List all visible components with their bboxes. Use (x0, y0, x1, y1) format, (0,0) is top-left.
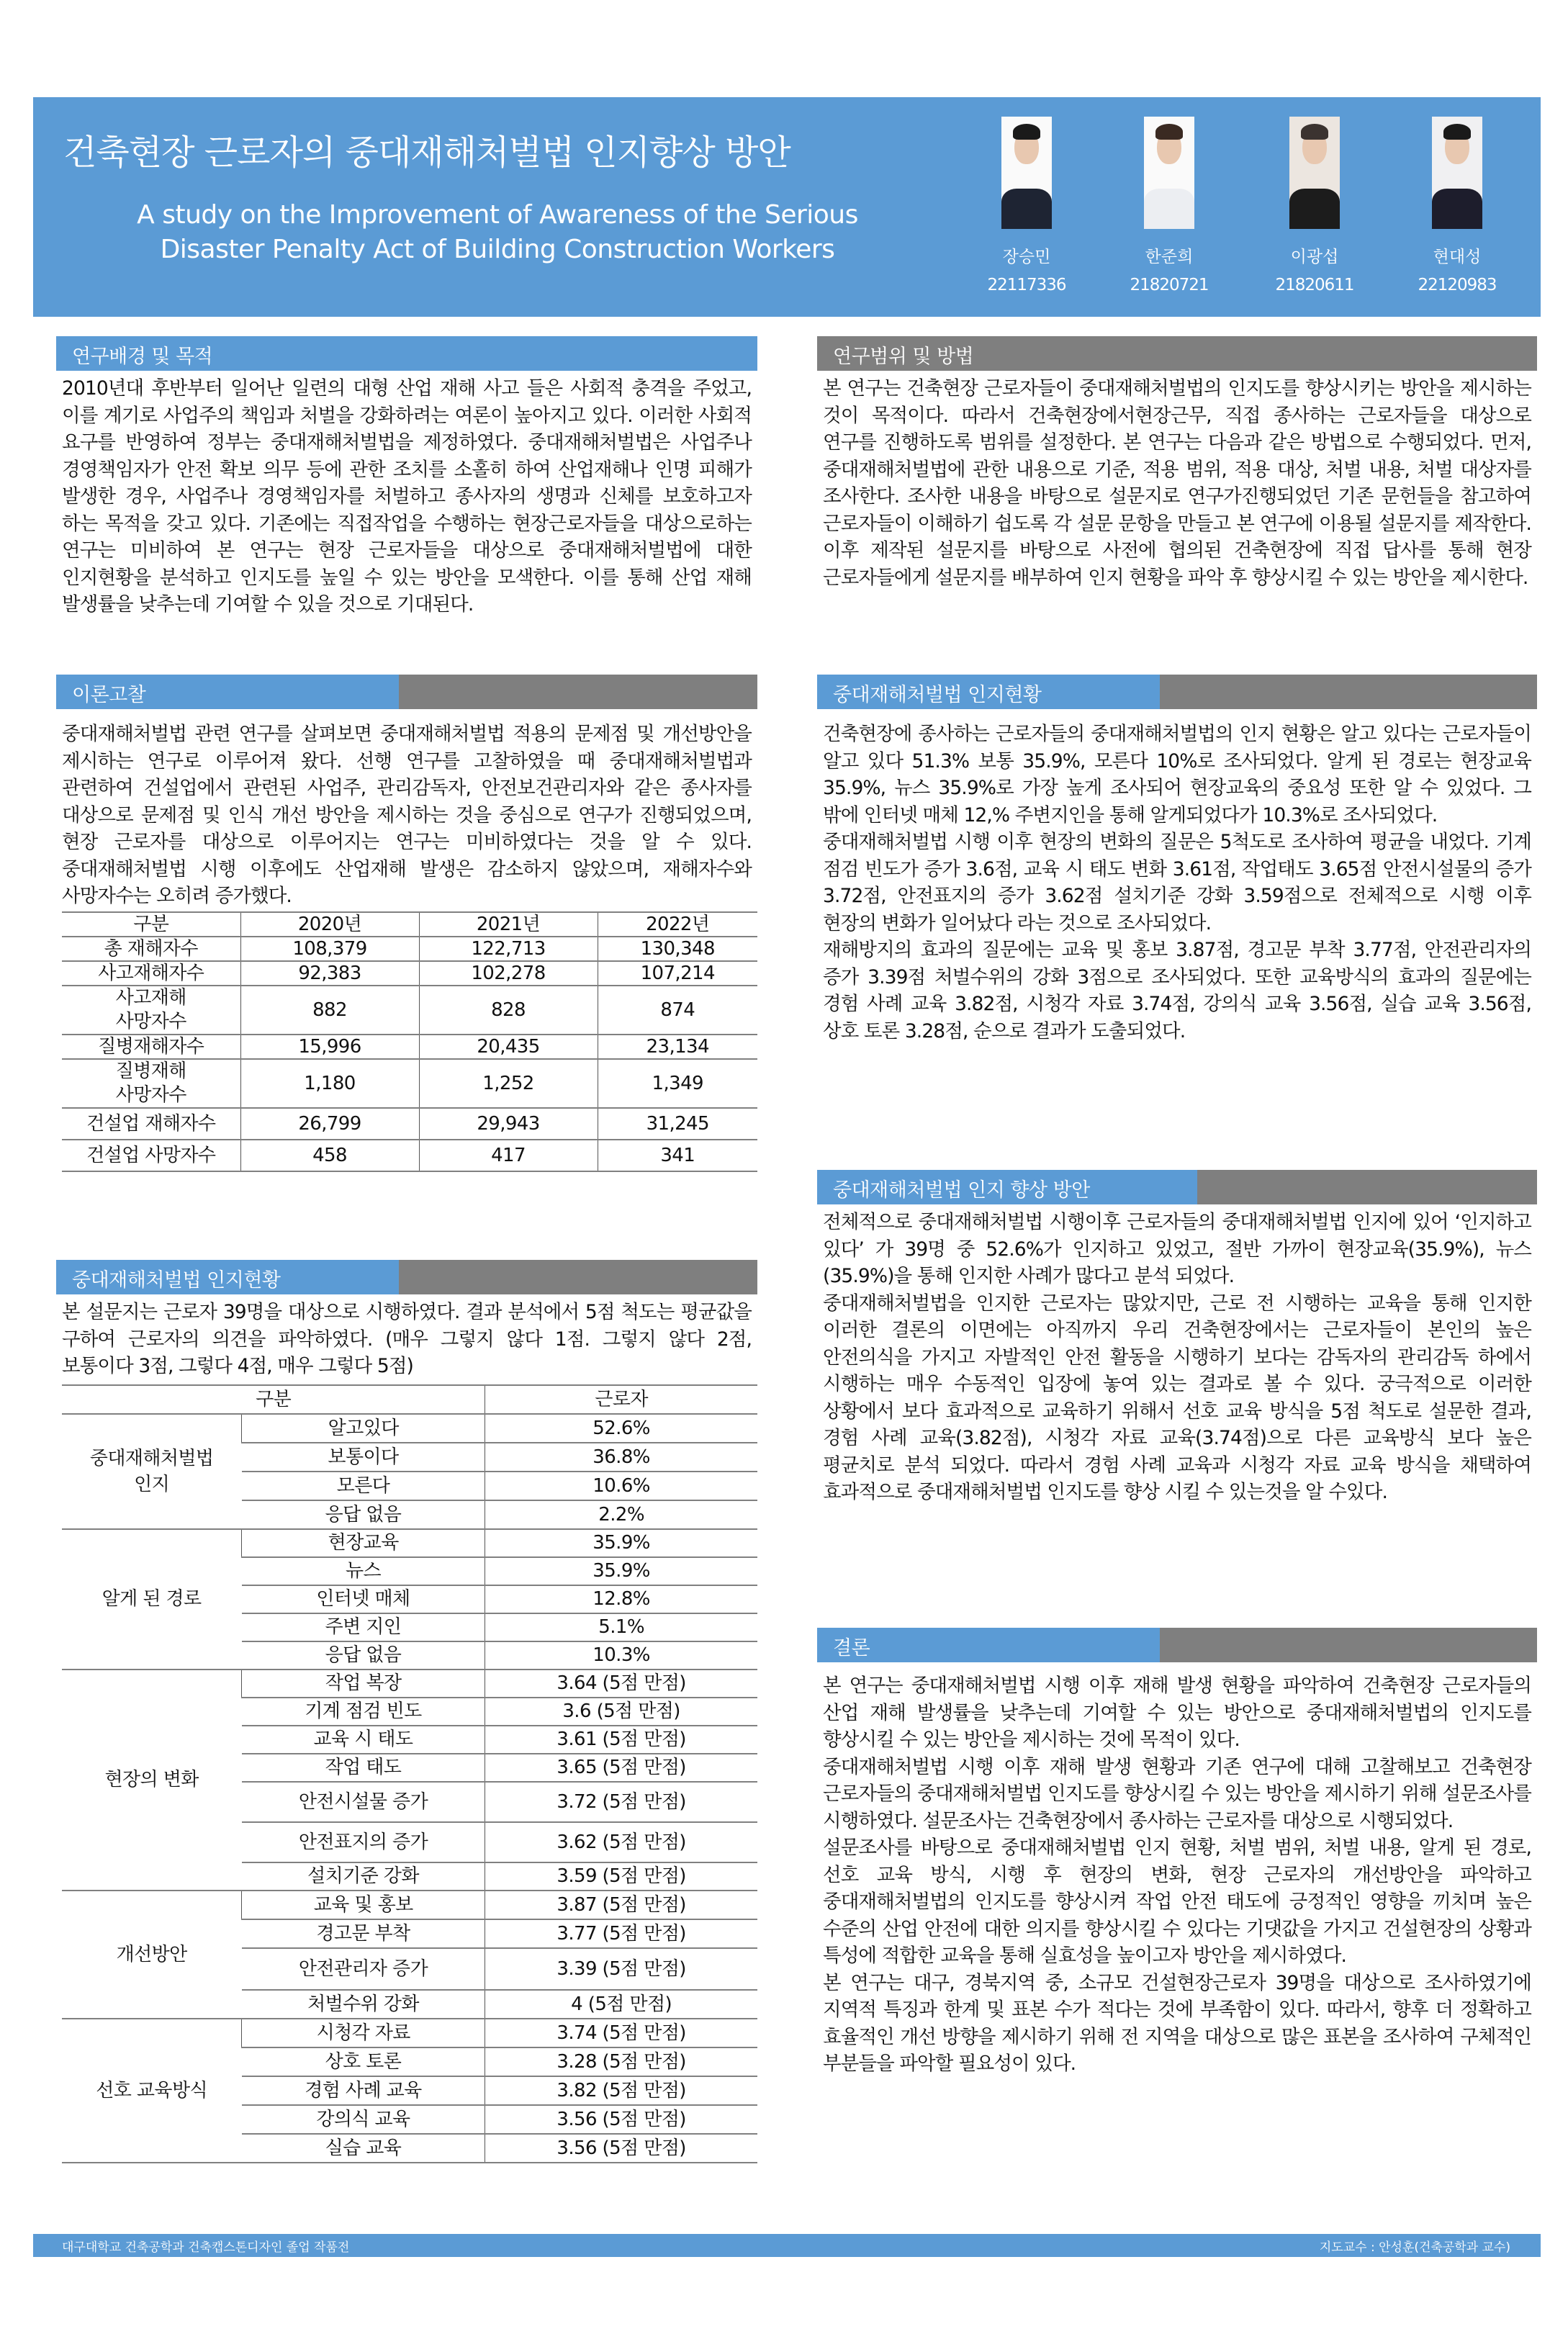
item-value: 2.2% (485, 1500, 757, 1529)
table-row: 사고재해 사망자수 882 828 874 (62, 986, 757, 1035)
item-value: 3.62 (5점 만점) (485, 1822, 757, 1862)
item-label: 경험 사례 교육 (242, 2076, 485, 2105)
item-label: 인터넷 매체 (242, 1585, 485, 1613)
section-header: 이론고찰 (56, 675, 757, 709)
section-body: 2010년대 후반부터 일어난 일련의 대형 산업 재해 사고 들은 사회적 충… (56, 371, 757, 618)
table-row: 중대재해처벌법 인지 알고있다 52.6% (62, 1414, 757, 1443)
table-header-cell: 2020년 (240, 912, 419, 937)
item-value: 3.56 (5점 만점) (485, 2105, 757, 2134)
paragraph: 본 설문지는 근로자 39명을 대상으로 시행하였다. 결과 분석에서 5점 척… (62, 1299, 752, 1380)
item-label: 경고문 부착 (242, 1919, 485, 1948)
cell-value: 458 (240, 1140, 419, 1171)
section-body: 본 연구는 중대재해처벌법 시행 이후 재해 발생 현황을 파악하여 건축현장 … (817, 1662, 1537, 2078)
member-student-id: 21820721 (1126, 276, 1212, 294)
paragraph: 전체적으로 중대재해처벌법 시행이후 근로자들의 중대재해처벌법 인지에 있어 … (823, 1209, 1531, 1290)
paragraph: 본 연구는 건축현장 근로자들이 중대재해처벌법의 인지도를 향상시키는 방안을… (823, 375, 1531, 591)
item-label: 시청각 자료 (242, 2019, 485, 2047)
item-value: 10.3% (485, 1641, 757, 1670)
item-value: 3.59 (5점 만점) (485, 1862, 757, 1891)
cell-value: 31,245 (598, 1108, 757, 1140)
row-label: 사고재해자수 (62, 961, 240, 986)
member-card: 이광섭 21820611 (1271, 117, 1358, 294)
poster-title-english: A study on the Improvement of Awareness … (76, 198, 919, 267)
item-value: 12.8% (485, 1585, 757, 1613)
paragraph: 재해방지의 효과의 질문에는 교육 및 홍보 3.87점, 경고문 부착 3.7… (823, 937, 1531, 1045)
section-body: 본 설문지는 근로자 39명을 대상으로 시행하였다. 결과 분석에서 5점 척… (56, 1294, 757, 1380)
section-title: 중대재해처벌법 인지현황 (833, 679, 1041, 707)
item-label: 응답 없음 (242, 1641, 485, 1670)
table-header-row: 구분 2020년 2021년 2022년 (62, 912, 757, 937)
table-header-cell: 구분 (62, 1385, 485, 1414)
member-name: 장승민 (983, 243, 1070, 267)
poster-title-korean: 건축현장 근로자의 중대재해처벌법 인지향상 방안 (63, 125, 790, 174)
member-photo (1144, 117, 1194, 229)
section-header: 연구배경 및 목적 (56, 336, 757, 371)
table-row: 건설업 재해자수 26,799 29,943 31,245 (62, 1108, 757, 1140)
disaster-stats-table: 구분 2020년 2021년 2022년 총 재해자수 108,379 122,… (62, 911, 757, 1172)
cell-value: 23,134 (598, 1035, 757, 1059)
cell-value: 20,435 (419, 1035, 598, 1059)
member-photo (1289, 117, 1340, 229)
section-header: 중대재해처벌법 인지현황 (56, 1260, 757, 1294)
group-category: 알게 된 경로 (62, 1529, 242, 1670)
group-category: 선호 교육방식 (62, 2019, 242, 2163)
cell-value: 130,348 (598, 937, 757, 961)
item-label: 모른다 (242, 1472, 485, 1500)
section-body: 중대재해처벌법 관련 연구를 살펴보면 중대재해처벌법 적용의 문제점 및 개선… (56, 709, 757, 910)
item-label: 교육 및 홍보 (242, 1891, 485, 1919)
item-label: 작업 태도 (242, 1754, 485, 1782)
cell-value: 122,713 (419, 937, 598, 961)
table-row: 질병재해자수 15,996 20,435 23,134 (62, 1035, 757, 1059)
section-header: 중대재해처벌법 인지 향상 방안 (817, 1170, 1537, 1204)
table-row: 선호 교육방식 시청각 자료 3.74 (5점 만점) (62, 2019, 757, 2047)
cell-value: 1,180 (240, 1059, 419, 1108)
section-background: 연구배경 및 목적 2010년대 후반부터 일어난 일련의 대형 산업 재해 사… (56, 336, 757, 618)
item-label: 처벌수위 강화 (242, 1990, 485, 2019)
item-value: 3.6 (5점 만점) (485, 1698, 757, 1726)
row-label: 질병재해자수 (62, 1035, 240, 1059)
item-label: 안전표지의 증가 (242, 1822, 485, 1862)
item-value: 4 (5점 만점) (485, 1990, 757, 2019)
cell-value: 1,349 (598, 1059, 757, 1108)
section-title: 연구배경 및 목적 (72, 341, 212, 369)
item-value: 3.56 (5점 만점) (485, 2134, 757, 2163)
item-label: 기계 점검 빈도 (242, 1698, 485, 1726)
section-title: 이론고찰 (72, 679, 145, 707)
section-improvement: 중대재해처벌법 인지 향상 방안 전체적으로 중대재해처벌법 시행이후 근로자들… (817, 1170, 1537, 1506)
row-label: 건설업 재해자수 (62, 1108, 240, 1140)
item-value: 3.74 (5점 만점) (485, 2019, 757, 2047)
cell-value: 874 (598, 986, 757, 1035)
item-label: 안전시설물 증가 (242, 1782, 485, 1822)
team-members: 장승민 22117336 한준희 21820721 이광섭 21820611 현… (976, 117, 1538, 304)
survey-results-table: 구분 근로자 중대재해처벌법 인지 알고있다 52.6% 보통이다 36.8% … (62, 1384, 757, 2163)
section-header: 결론 (817, 1628, 1537, 1662)
table-header-cell: 2021년 (419, 912, 598, 937)
member-photo (1001, 117, 1052, 229)
poster-header: 건축현장 근로자의 중대재해처벌법 인지향상 방안 A study on the… (33, 97, 1541, 317)
table-row: 질병재해 사망자수 1,180 1,252 1,349 (62, 1059, 757, 1108)
item-label: 현장교육 (242, 1529, 485, 1557)
paragraph: 중대재해처벌법 시행 이후 현장의 변화의 질문은 5척도로 조사하여 평균을 … (823, 829, 1531, 937)
cell-value: 108,379 (240, 937, 419, 961)
item-label: 안전관리자 증가 (242, 1948, 485, 1990)
item-value: 5.1% (485, 1613, 757, 1641)
row-label: 총 재해자수 (62, 937, 240, 961)
section-title: 연구범위 및 방법 (833, 341, 973, 369)
table-row: 사고재해자수 92,383 102,278 107,214 (62, 961, 757, 986)
item-value: 10.6% (485, 1472, 757, 1500)
item-value: 3.87 (5점 만점) (485, 1891, 757, 1919)
section-body: 본 연구는 건축현장 근로자들이 중대재해처벌법의 인지도를 향상시키는 방안을… (817, 371, 1537, 591)
footer-advisor-label: 지도교수 : 안성훈(건축공학과 교수) (1320, 2237, 1510, 2255)
member-card: 현대성 22120983 (1414, 117, 1500, 294)
item-value: 35.9% (485, 1557, 757, 1585)
section-body: 건축현장에 종사하는 근로자들의 중대재해처벌법의 인지 현황은 알고 있다는 … (817, 709, 1537, 1045)
item-value: 3.82 (5점 만점) (485, 2076, 757, 2105)
paragraph: 설문조사를 바탕으로 중대재해처벌법 인지 현황, 처벌 범위, 처벌 내용, … (823, 1834, 1531, 1970)
table-row: 건설업 사망자수 458 417 341 (62, 1140, 757, 1171)
section-awareness-status-right: 중대재해처벌법 인지현황 건축현장에 종사하는 근로자들의 중대재해처벌법의 인… (817, 675, 1537, 1045)
member-student-id: 22117336 (983, 276, 1070, 294)
paragraph: 본 연구는 중대재해처벌법 시행 이후 재해 발생 현황을 파악하여 건축현장 … (823, 1672, 1531, 1754)
paragraph: 2010년대 후반부터 일어난 일련의 대형 산업 재해 사고 들은 사회적 충… (62, 375, 752, 618)
item-label: 강의식 교육 (242, 2105, 485, 2134)
paragraph: 중대재해처벌법을 인지한 근로자는 많았지만, 근로 전 시행하는 교육을 통해… (823, 1290, 1531, 1506)
member-card: 장승민 22117336 (983, 117, 1070, 294)
section-conclusion: 결론 본 연구는 중대재해처벌법 시행 이후 재해 발생 현황을 파악하여 건축… (817, 1628, 1537, 2078)
section-title: 중대재해처벌법 인지 향상 방안 (833, 1174, 1090, 1202)
title-en-line-1: A study on the Improvement of Awareness … (76, 198, 919, 233)
member-name: 이광섭 (1271, 243, 1358, 267)
item-value: 3.65 (5점 만점) (485, 1754, 757, 1782)
item-label: 알고있다 (242, 1414, 485, 1443)
item-value: 3.72 (5점 만점) (485, 1782, 757, 1822)
member-photo (1432, 117, 1482, 229)
item-label: 응답 없음 (242, 1500, 485, 1529)
item-label: 뉴스 (242, 1557, 485, 1585)
table-row: 총 재해자수 108,379 122,713 130,348 (62, 937, 757, 961)
cell-value: 92,383 (240, 961, 419, 986)
item-value: 52.6% (485, 1414, 757, 1443)
cell-value: 102,278 (419, 961, 598, 986)
section-theory: 이론고찰 중대재해처벌법 관련 연구를 살펴보면 중대재해처벌법 적용의 문제점… (56, 675, 757, 1172)
member-name: 한준희 (1126, 243, 1212, 267)
item-label: 상호 토론 (242, 2047, 485, 2076)
item-value: 3.39 (5점 만점) (485, 1948, 757, 1990)
table-header-cell: 근로자 (485, 1385, 757, 1414)
poster-footer: 대구대학교 건축공학과 건축캡스톤디자인 졸업 작품전 지도교수 : 안성훈(건… (33, 2234, 1541, 2257)
title-en-line-2: Disaster Penalty Act of Building Constru… (76, 233, 919, 267)
table-row: 개선방안 교육 및 홍보 3.87 (5점 만점) (62, 1891, 757, 1919)
member-student-id: 22120983 (1414, 276, 1500, 294)
item-value: 3.77 (5점 만점) (485, 1919, 757, 1948)
row-label: 사고재해 사망자수 (62, 986, 240, 1035)
item-label: 보통이다 (242, 1443, 485, 1472)
section-header: 중대재해처벌법 인지현황 (817, 675, 1537, 709)
section-awareness-survey: 중대재해처벌법 인지현황 본 설문지는 근로자 39명을 대상으로 시행하였다.… (56, 1260, 757, 2163)
paragraph: 건축현장에 종사하는 근로자들의 중대재해처벌법의 인지 현황은 알고 있다는 … (823, 721, 1531, 829)
item-label: 주변 지인 (242, 1613, 485, 1641)
cell-value: 1,252 (419, 1059, 598, 1108)
paragraph: 본 연구는 대구, 경북지역 중, 소규모 건설현장근로자 39명을 대상으로 … (823, 1970, 1531, 2078)
cell-value: 15,996 (240, 1035, 419, 1059)
footer-exhibition-label: 대구대학교 건축공학과 건축캡스톤디자인 졸업 작품전 (62, 2237, 349, 2255)
item-label: 실습 교육 (242, 2134, 485, 2163)
cell-value: 29,943 (419, 1108, 598, 1140)
section-body: 전체적으로 중대재해처벌법 시행이후 근로자들의 중대재해처벌법 인지에 있어 … (817, 1204, 1537, 1506)
member-student-id: 21820611 (1271, 276, 1358, 294)
section-header: 연구범위 및 방법 (817, 336, 1537, 371)
section-title: 결론 (833, 1632, 870, 1660)
item-label: 설치기준 강화 (242, 1862, 485, 1891)
section-title: 중대재해처벌법 인지현황 (72, 1264, 280, 1292)
table-header-cell: 2022년 (598, 912, 757, 937)
item-label: 작업 복장 (242, 1670, 485, 1698)
item-label: 교육 시 태도 (242, 1726, 485, 1754)
table-header-cell: 구분 (62, 912, 240, 937)
paragraph: 중대재해처벌법 관련 연구를 살펴보면 중대재해처벌법 적용의 문제점 및 개선… (62, 721, 752, 910)
cell-value: 417 (419, 1140, 598, 1171)
table-row: 현장의 변화 작업 복장 3.64 (5점 만점) (62, 1670, 757, 1698)
group-category: 개선방안 (62, 1891, 242, 2019)
paragraph: 중대재해처벌법 시행 이후 재해 발생 현황과 기존 연구에 대해 고찰해보고 … (823, 1754, 1531, 1835)
item-value: 3.28 (5점 만점) (485, 2047, 757, 2076)
cell-value: 107,214 (598, 961, 757, 986)
row-label: 건설업 사망자수 (62, 1140, 240, 1171)
item-value: 3.64 (5점 만점) (485, 1670, 757, 1698)
group-category: 현장의 변화 (62, 1670, 242, 1891)
item-value: 36.8% (485, 1443, 757, 1472)
item-value: 35.9% (485, 1529, 757, 1557)
table-header-row: 구분 근로자 (62, 1385, 757, 1414)
cell-value: 882 (240, 986, 419, 1035)
item-value: 3.61 (5점 만점) (485, 1726, 757, 1754)
cell-value: 341 (598, 1140, 757, 1171)
row-label: 질병재해 사망자수 (62, 1059, 240, 1108)
table-row: 알게 된 경로 현장교육 35.9% (62, 1529, 757, 1557)
member-card: 한준희 21820721 (1126, 117, 1212, 294)
cell-value: 26,799 (240, 1108, 419, 1140)
cell-value: 828 (419, 986, 598, 1035)
section-scope: 연구범위 및 방법 본 연구는 건축현장 근로자들이 중대재해처벌법의 인지도를… (817, 336, 1537, 591)
member-name: 현대성 (1414, 243, 1500, 267)
group-category: 중대재해처벌법 인지 (62, 1414, 242, 1529)
